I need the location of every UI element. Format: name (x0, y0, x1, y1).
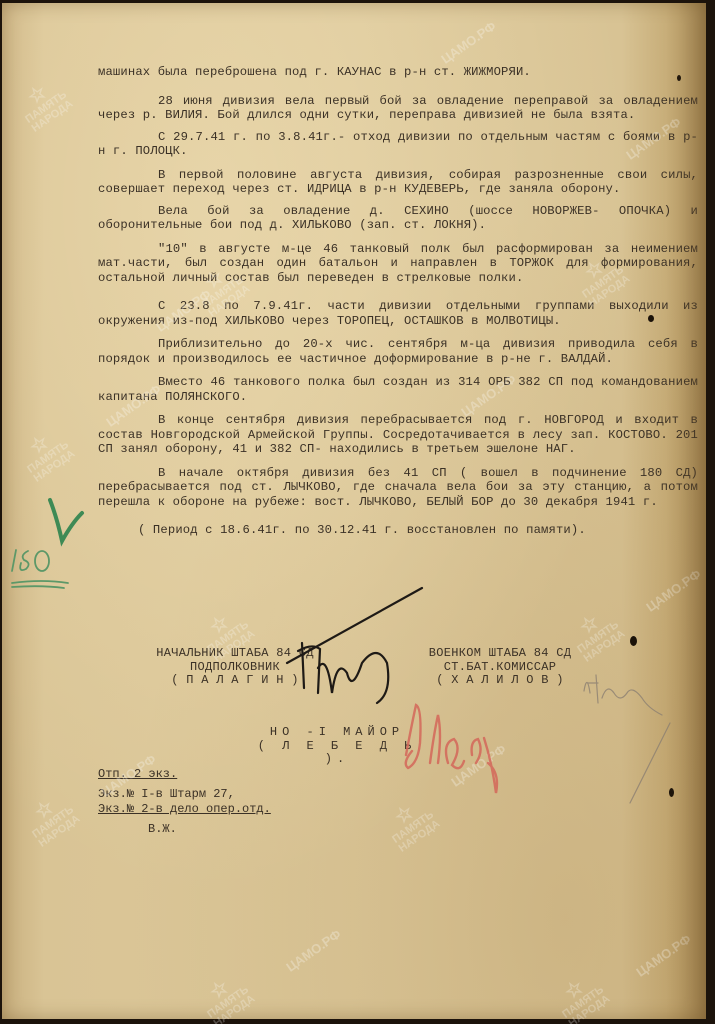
watermark-text: ПАМЯТЬ (390, 809, 436, 846)
paragraph: С 29.7.41 г. по 3.8.41г.- отход дивизии … (98, 130, 698, 159)
watermark-text: ПАМЯТЬ (560, 984, 606, 1021)
ink-speck (677, 75, 681, 81)
watermark-text: ПАМЯТЬ (25, 439, 71, 476)
signer-name: ( Л Е Б Е Д Ь ). (257, 740, 417, 767)
red-pencil-signature (406, 705, 497, 793)
margin-number-180 (12, 550, 68, 588)
paragraph: "10" в августе м-це 46 танковый полк был… (98, 242, 698, 286)
signer-title: НАЧАЛЬНИК ШТАБА 84 СД (130, 647, 340, 661)
star-icon: ☆ (564, 603, 614, 647)
watermark-text: НАРОДА (567, 993, 613, 1024)
copy-2: Экз.№ 2-в дело опер.отд. (98, 802, 271, 817)
punch-hole (669, 788, 674, 797)
paragraph: машинах была переброшена под г. КАУНАС в… (98, 65, 698, 80)
green-checkmark-icon (50, 500, 82, 541)
punch-hole (648, 315, 654, 322)
watermark-text: НАРОДА (37, 813, 83, 850)
watermark-text: НАРОДА (30, 98, 76, 135)
signature-block-chief-of-staff: НАЧАЛЬНИК ШТАБА 84 СД ПОДПОЛКОВНИК ( П А… (130, 647, 340, 688)
paragraph: Приблизительно до 20-х чис. сентября м-ц… (98, 337, 698, 366)
signer-name: ( П А Л А Г И Н ) (130, 674, 340, 688)
watermark-text: НАРОДА (212, 993, 258, 1024)
typist-initials: В.Ж. (98, 822, 271, 837)
signer-rank: СТ.БАТ.КОМИССАР (390, 661, 610, 675)
copies-header: Отп. 2 экз. (98, 767, 271, 782)
archive-watermark: ЦАМО.РФ (283, 926, 343, 974)
watermark-text: НАРОДА (397, 818, 443, 855)
pencil-note (584, 675, 670, 803)
archive-watermark: ЦАМО.РФ (448, 741, 508, 789)
signer-rank: ПОДПОЛКОВНИК (130, 661, 340, 675)
memory-watermark: ☆ ПАМЯТЬ НАРОДА (14, 423, 77, 485)
watermark-text: ПАМЯТЬ (30, 804, 76, 841)
paragraph: В первой половине августа дивизия, собир… (98, 168, 698, 197)
paragraph: Вместо 46 танкового полка был создан из … (98, 375, 698, 404)
signer-rank: НО -I МАЙОР (257, 726, 417, 740)
paragraph: В конце сентября дивизия перебрасывается… (98, 413, 698, 457)
star-icon: ☆ (14, 423, 64, 467)
distribution-list: Отп. 2 экз. Экз.№ I-в Штарм 27, Экз.№ 2-… (98, 767, 271, 837)
memory-watermark: ☆ ПАМЯТЬ НАРОДА (19, 788, 82, 850)
watermark-text: НАРОДА (32, 448, 78, 485)
watermark-text: ПАМЯТЬ (23, 89, 69, 126)
signer-name: ( Х А Л И Л О В ) (390, 674, 610, 688)
memory-watermark: ☆ ПАМЯТЬ НАРОДА (549, 968, 612, 1024)
memory-watermark: ☆ ПАМЯТЬ НАРОДА (194, 968, 257, 1024)
paragraph: 28 июня дивизия вела первый бой за овлад… (98, 94, 698, 123)
memory-watermark: ☆ ПАМЯТЬ НАРОДА (12, 73, 75, 135)
paragraph: В начале октября дивизия без 41 СП ( вош… (98, 466, 698, 510)
period-note: ( Период с 18.6.41г. по 30.12.41 г. восс… (98, 523, 698, 538)
star-icon: ☆ (194, 603, 244, 647)
star-icon: ☆ (549, 968, 599, 1012)
punch-hole (630, 636, 637, 646)
copy-1: Экз.№ I-в Штарм 27, (98, 787, 271, 802)
star-icon: ☆ (194, 968, 244, 1012)
archive-watermark: ЦАМО.РФ (643, 566, 703, 614)
archive-watermark: ЦАМО.РФ (438, 18, 498, 66)
star-icon: ☆ (19, 788, 69, 832)
memory-watermark: ☆ ПАМЯТЬ НАРОДА (379, 793, 442, 855)
star-icon: ☆ (12, 73, 62, 117)
document-page: машинах была переброшена под г. КАУНАС в… (2, 3, 706, 1019)
paragraph: С 23.8 по 7.9.41г. части дивизии отдельн… (98, 299, 698, 328)
document-body: машинах была переброшена под г. КАУНАС в… (98, 65, 698, 538)
signature-block-major: НО -I МАЙОР ( Л Е Б Е Д Ь ). (257, 726, 417, 767)
watermark-text: ПАМЯТЬ (205, 984, 251, 1021)
archive-watermark: ЦАМО.РФ (633, 931, 693, 979)
signer-title: ВОЕНКОМ ШТАБА 84 СД (390, 647, 610, 661)
star-icon: ☆ (379, 793, 429, 837)
paragraph: Вела бой за овладение д. СЕХИНО (шоссе Н… (98, 204, 698, 233)
signature-block-commissar: ВОЕНКОМ ШТАБА 84 СД СТ.БАТ.КОМИССАР ( Х … (390, 647, 610, 688)
